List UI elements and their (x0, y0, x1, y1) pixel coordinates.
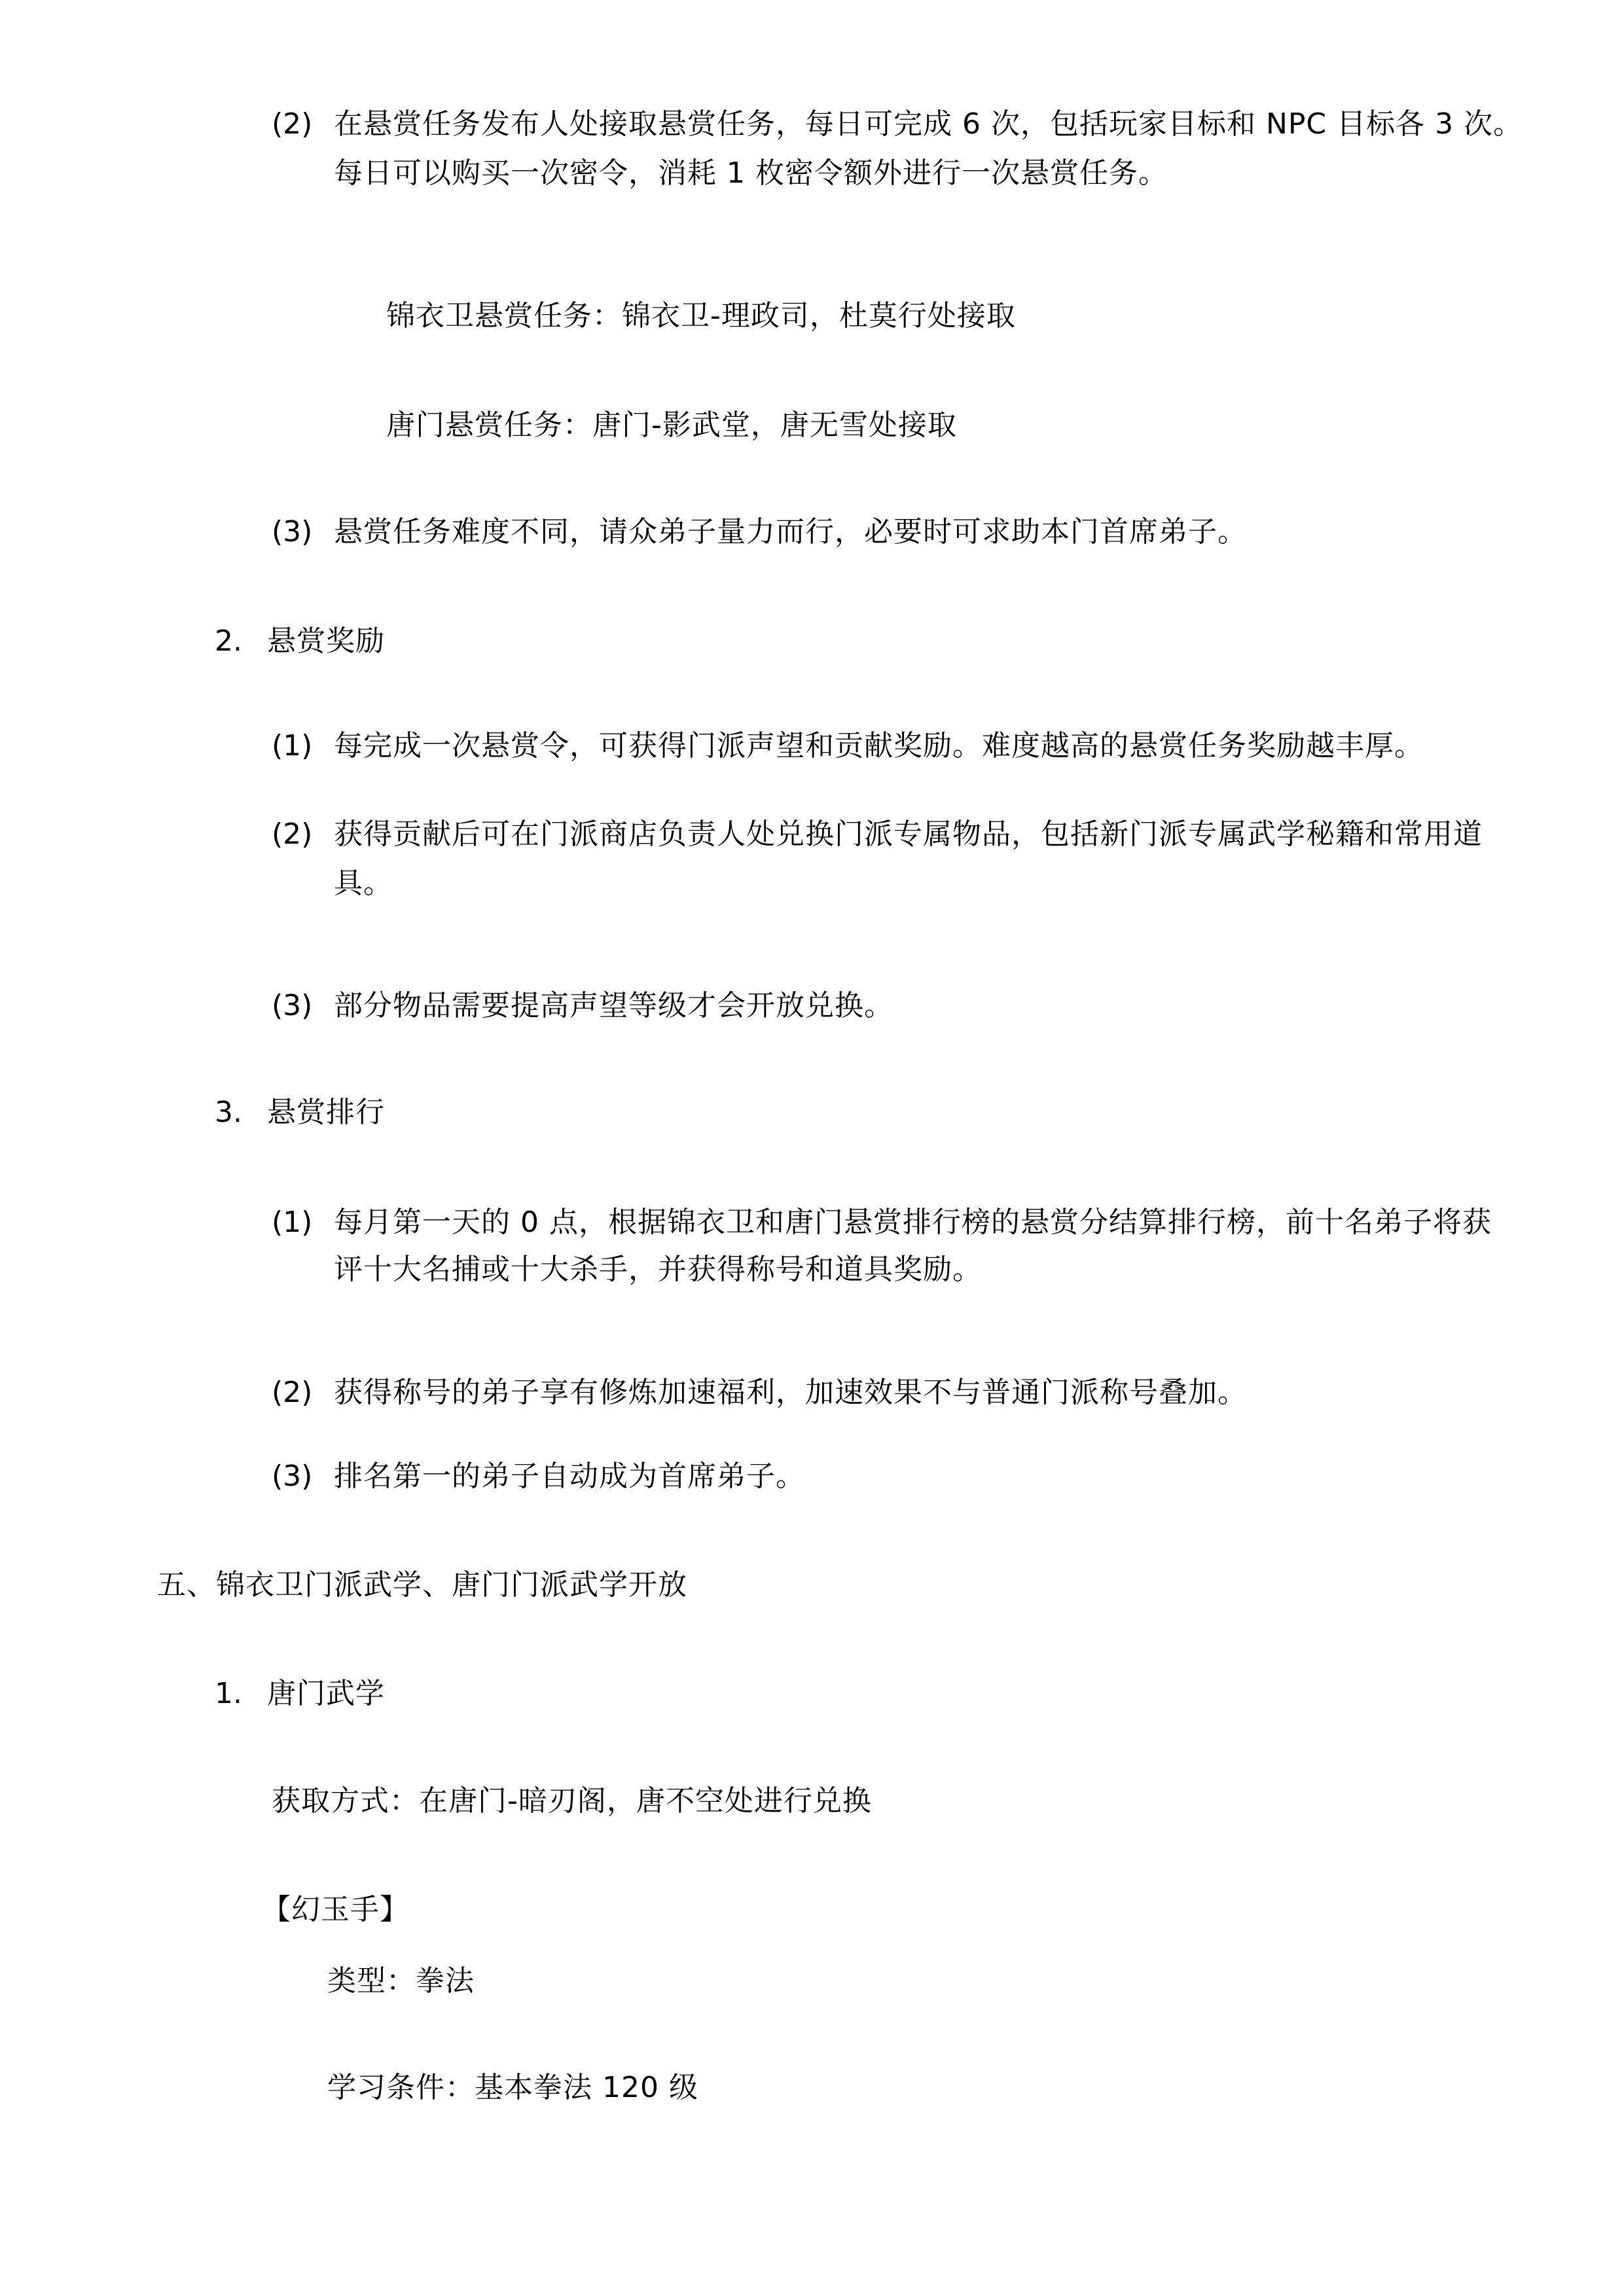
section-heading: 唐门武学 (267, 1674, 385, 1713)
list-marker: (1) (272, 1203, 312, 1242)
acquire-method: 获取方式：在唐门-暗刃阁，唐不空处进行兑换 (272, 1782, 872, 1821)
list-marker: (2) (272, 815, 312, 854)
paragraph-line: 在悬赏任务发布人处接取悬赏任务，每日可完成 6 次，包括玩家目标和 NPC 目标… (334, 105, 1523, 144)
paragraph-line: 具。 (334, 864, 393, 903)
section-number: 2. (215, 622, 242, 661)
paragraph-line: 获得贡献后可在门派商店负责人处兑换门派专属物品，包括新门派专属武学秘籍和常用道 (334, 815, 1483, 854)
chapter-heading: 五、锦衣卫门派武学、唐门门派武学开放 (157, 1566, 687, 1605)
skill-name: 【幻玉手】 (262, 1890, 409, 1929)
paragraph-line: 部分物品需要提高声望等级才会开放兑换。 (334, 986, 893, 1026)
section-heading: 悬赏排行 (267, 1093, 385, 1132)
list-marker: (3) (272, 986, 312, 1026)
paragraph-line: 悬赏任务难度不同，请众弟子量力而行，必要时可求助本门首席弟子。 (334, 512, 1247, 552)
list-marker: (1) (272, 726, 312, 766)
paragraph-line: 每月第一天的 0 点，根据锦衣卫和唐门悬赏排行榜的悬赏分结算排行榜，前十名弟子将… (334, 1203, 1492, 1242)
section-number: 1. (215, 1674, 242, 1713)
list-marker: (3) (272, 512, 312, 552)
paragraph-line: 评十大名捕或十大杀手，并获得称号和道具奖励。 (334, 1250, 982, 1289)
skill-type: 类型：拳法 (327, 1962, 475, 2001)
tangmen-bounty-source: 唐门悬赏任务：唐门-影武堂，唐无雪处接取 (386, 406, 957, 445)
skill-requirement: 学习条件：基本拳法 120 级 (327, 2068, 698, 2108)
section-number: 3. (215, 1093, 242, 1132)
paragraph-line: 每日可以购买一次密令，消耗 1 枚密令额外进行一次悬赏任务。 (334, 154, 1168, 193)
paragraph-line: 排名第一的弟子自动成为首席弟子。 (334, 1457, 805, 1496)
list-marker: (2) (272, 105, 312, 144)
list-marker: (2) (272, 1373, 312, 1412)
paragraph-line: 每完成一次悬赏令，可获得门派声望和贡献奖励。难度越高的悬赏任务奖励越丰厚。 (334, 726, 1424, 766)
section-heading: 悬赏奖励 (267, 622, 385, 661)
jinyiwei-bounty-source: 锦衣卫悬赏任务：锦衣卫-理政司，杜莫行处接取 (386, 296, 1016, 336)
list-marker: (3) (272, 1457, 312, 1496)
paragraph-line: 获得称号的弟子享有修炼加速福利，加速效果不与普通门派称号叠加。 (334, 1373, 1247, 1412)
